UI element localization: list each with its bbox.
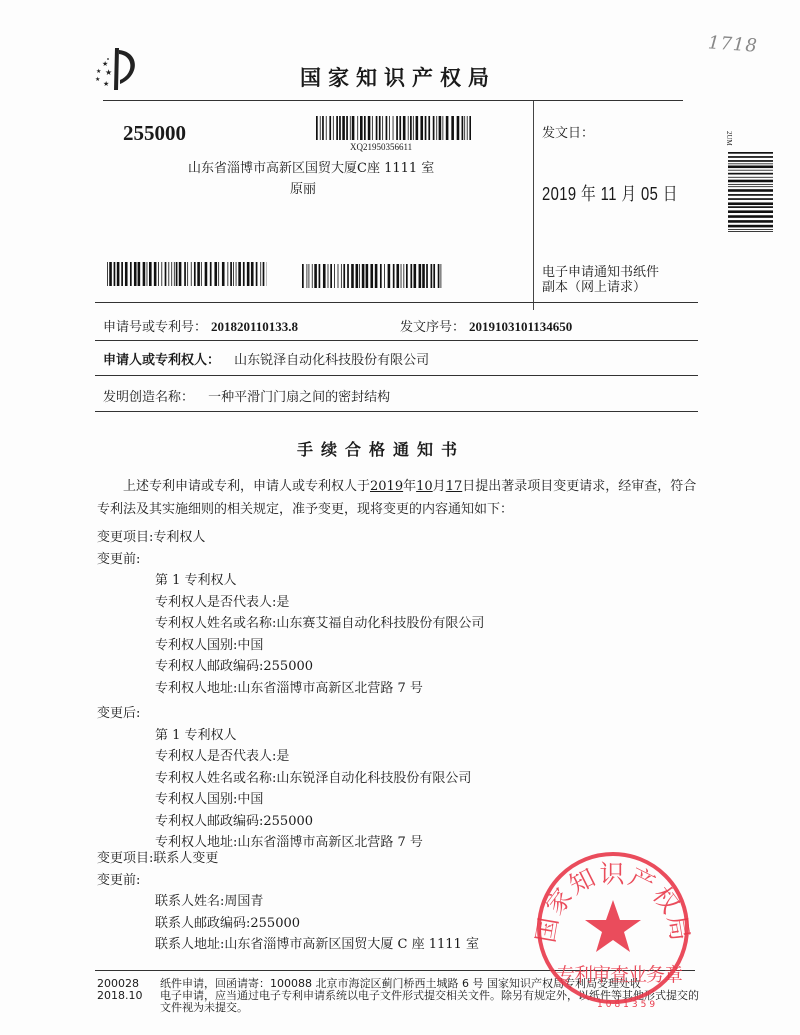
before-line: 联系人邮政编码:255000: [155, 913, 479, 935]
handwritten-note: 1718: [707, 32, 758, 56]
after-line: 第 1 专利权人: [155, 725, 471, 747]
barcode-icon: [316, 116, 471, 140]
applicant-row: 申请人或专利权人： 山东锐泽自动化科技股份有限公司: [103, 349, 429, 368]
seal-number: 1081359: [597, 1000, 658, 1010]
barcode-icon: [728, 152, 773, 232]
change-item: 变更项目:专利权人: [97, 527, 484, 549]
applicant-label: 申请人或专利权人：: [103, 353, 220, 368]
header-rule: [103, 100, 683, 101]
before-label: 变更前:: [97, 870, 479, 892]
svg-text:★: ★: [103, 80, 109, 88]
barcode-icon: [302, 264, 442, 288]
svg-text:★: ★: [102, 60, 108, 68]
para-text: 上述专利申请或专利，申请人或专利权人于: [123, 479, 370, 494]
before-line: 专利权人是否代表人:是: [155, 592, 484, 614]
side-code: 2UM: [725, 131, 733, 146]
change-section-contact: 变更项目:联系人变更 变更前: 联系人姓名:周国青 联系人邮政编码:255000…: [97, 848, 479, 956]
org-title: 国家知识产权局: [300, 62, 496, 92]
cnipa-logo-icon: ★ ★ ★ ★ ★: [88, 46, 144, 92]
row-rule: [95, 375, 698, 376]
after-line: 专利权人邮政编码:255000: [155, 811, 471, 833]
application-number-label: 申请号或专利号：: [103, 320, 207, 335]
before-line: 专利权人姓名或名称:山东赛艾福自动化科技股份有限公司: [155, 613, 484, 635]
notice-paragraph: 上述专利申请或专利，申请人或专利权人于2019年10月17日提出著录项目变更请求…: [97, 475, 697, 521]
request-day: 17: [446, 479, 463, 494]
application-number: 201820110133.8: [211, 319, 298, 334]
applicant-name: 山东锐泽自动化科技股份有限公司: [234, 353, 429, 368]
serial-number-label: 发文序号：: [400, 320, 465, 335]
month-unit: 月: [433, 479, 446, 494]
after-line: 专利权人姓名或名称:山东锐泽自动化科技股份有限公司: [155, 768, 471, 790]
invention-row: 发明创造名称： 一种平滑门门扇之间的密封结构: [103, 386, 390, 405]
seal-text: 专利审查业务章: [556, 960, 682, 987]
change-section-patentee-after: 变更后: 第 1 专利权人 专利权人是否代表人:是 专利权人姓名或名称:山东锐泽…: [97, 703, 471, 854]
copy-note: 电子申请通知书纸件副本（网上请求）: [542, 265, 662, 295]
box-bottom-rule: [95, 302, 698, 303]
before-label: 变更前:: [97, 549, 484, 571]
after-label: 变更后:: [97, 703, 471, 725]
before-line: 第 1 专利权人: [155, 570, 484, 592]
svg-text:★: ★: [96, 68, 101, 75]
svg-text:★: ★: [105, 68, 112, 77]
box-divider: [533, 101, 534, 310]
before-line: 专利权人邮政编码:255000: [155, 656, 484, 678]
form-code: 200028 2018.10: [97, 978, 143, 1002]
change-item: 变更项目:联系人变更: [97, 848, 479, 870]
notice-title: 手续合格通知书: [297, 437, 465, 460]
recipient-name: 原丽: [290, 178, 316, 197]
application-number-row: 申请号或专利号：201820110133.8: [103, 316, 298, 335]
before-line: 联系人地址:山东省淄博市高新区国贸大厦 C 座 1111 室: [155, 934, 479, 956]
before-line: 专利权人地址:山东省淄博市高新区北营路 7 号: [155, 678, 484, 700]
change-section-patentee: 变更项目:专利权人 变更前: 第 1 专利权人 专利权人是否代表人:是 专利权人…: [97, 527, 484, 699]
year-unit: 年: [403, 479, 416, 494]
serial-number-row: 发文序号：2019103101134650: [400, 316, 572, 335]
svg-text:★: ★: [95, 76, 100, 83]
row-rule: [95, 411, 698, 412]
before-line: 专利权人国别:中国: [155, 635, 484, 657]
invention-title: 一种平滑门门扇之间的密封结构: [208, 390, 390, 405]
issue-date: 2019 年 11 月 05 日: [542, 180, 678, 206]
after-line: 专利权人是否代表人:是: [155, 746, 471, 768]
request-year: 2019: [370, 479, 403, 494]
invention-label: 发明创造名称：: [103, 390, 194, 405]
serial-number: 2019103101134650: [469, 319, 572, 334]
barcode-icon: [107, 262, 267, 286]
issue-date-label: 发文日：: [542, 122, 594, 141]
form-version: 2018.10: [97, 990, 143, 1002]
before-line: 联系人姓名:周国青: [155, 891, 479, 913]
request-month: 10: [416, 479, 433, 494]
mailing-address: 山东省淄博市高新区国贸大厦C座 1111 室: [188, 157, 434, 176]
barcode-number: XQ21950356611: [350, 142, 412, 152]
row-rule: [95, 340, 698, 341]
after-line: 专利权人国别:中国: [155, 789, 471, 811]
postcode: 255000: [123, 121, 186, 146]
